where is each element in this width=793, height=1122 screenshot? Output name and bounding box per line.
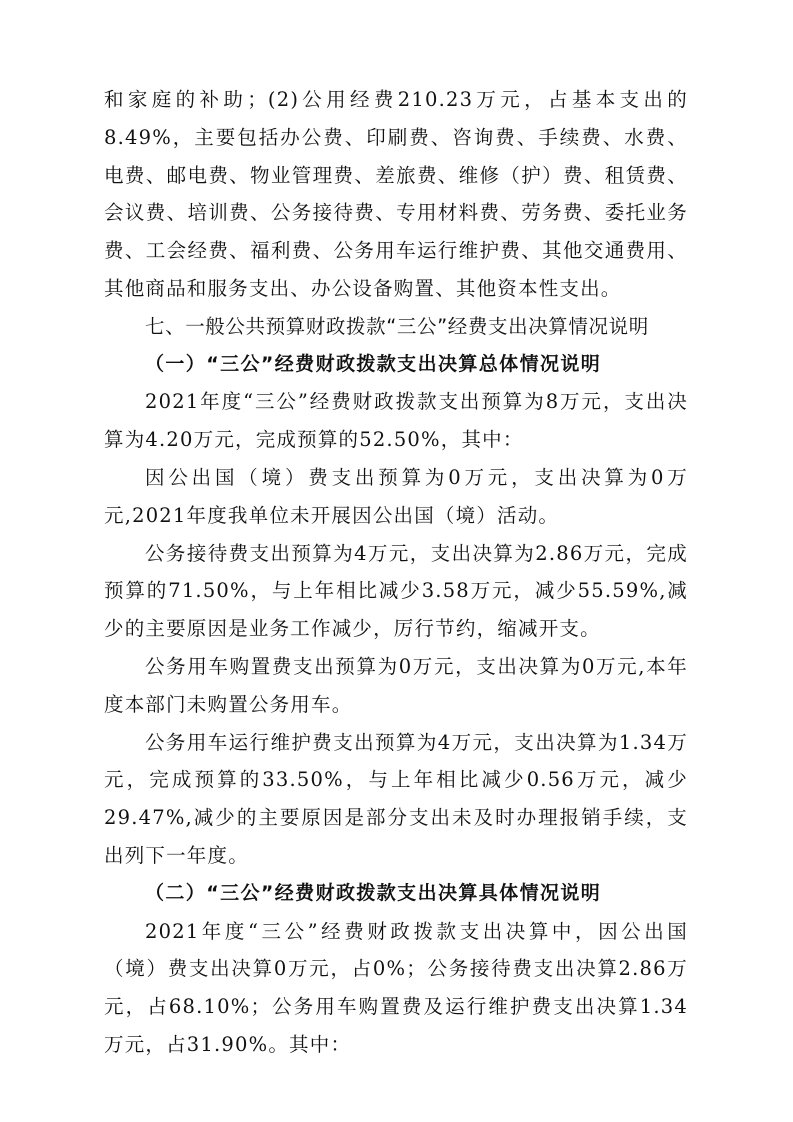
section-heading-three-public-expenses: 七、一般公共预算财政拨款“三公”经费支出决算情况说明 — [104, 308, 688, 346]
paragraph-expense-breakdown: 2021年度“三公”经费财政拨款支出决算中，因公出国（境）费支出决算0万元，占0… — [104, 913, 688, 1064]
paragraph-vehicle-purchase: 公务用车购置费支出预算为0万元，支出决算为0万元,本年度本部门未购置公务用车。 — [104, 648, 688, 724]
paragraph-overall-budget: 2021年度“三公”经费财政拨款支出预算为8万元，支出决算为4.20万元，完成预… — [104, 383, 688, 459]
paragraph-vehicle-operation: 公务用车运行维护费支出预算为4万元，支出决算为1.34万元，完成预算的33.50… — [104, 724, 688, 875]
paragraph-official-reception: 公务接待费支出预算为4万元，支出决算为2.86万元，完成预算的71.50%，与上… — [104, 535, 688, 648]
document-page: 和家庭的补助；(2)公用经费210.23万元，占基本支出的8.49%，主要包括办… — [104, 81, 688, 1064]
paragraph-overseas-travel: 因公出国（境）费支出预算为0万元，支出决算为0万元,2021年度我单位未开展因公… — [104, 459, 688, 535]
subheading-overall-situation: （一）“三公”经费财政拨款支出决算总体情况说明 — [104, 346, 688, 384]
subheading-specific-situation: （二）“三公”经费财政拨款支出决算具体情况说明 — [104, 875, 688, 913]
paragraph-public-expenses: 和家庭的补助；(2)公用经费210.23万元，占基本支出的8.49%，主要包括办… — [104, 81, 688, 308]
